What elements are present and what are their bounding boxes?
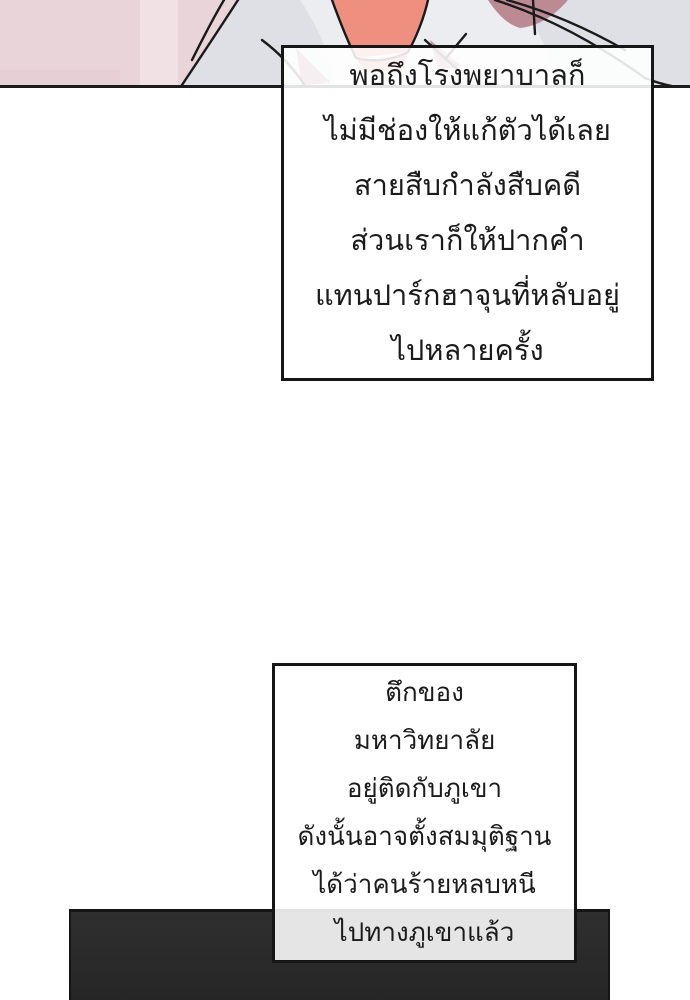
speech-line: ไม่มีช่องให้แก้ตัวได้เลย bbox=[284, 103, 651, 158]
speech-line: สายสืบกำลังสืบคดี bbox=[284, 158, 651, 213]
speech-line: อยู่ติดกับภูเขา bbox=[275, 765, 574, 813]
speech-line: ตึกของ bbox=[275, 669, 574, 717]
comic-page: พอถึงโรงพยาบาลก็ ไม่มีช่องให้แก้ตัวได้เล… bbox=[0, 0, 690, 1000]
speech-line: ส่วนเราก็ให้ปากคำ bbox=[284, 213, 651, 268]
wall-light-stripe bbox=[140, 0, 178, 88]
speech-line: ดังนั้นอาจตั้งสมมุติฐาน bbox=[275, 813, 574, 861]
speech-box-lower: ตึกของ มหาวิทยาลัย อยู่ติดกับภูเขา ดังนั… bbox=[272, 663, 577, 963]
speech-line: ได้ว่าคนร้ายหลบหนี bbox=[275, 861, 574, 909]
speech-box-upper: พอถึงโรงพยาบาลก็ ไม่มีช่องให้แก้ตัวได้เล… bbox=[281, 45, 654, 381]
speech-line: มหาวิทยาลัย bbox=[275, 717, 574, 765]
wall-shade bbox=[0, 70, 120, 88]
speech-line: ไปหลายครั้ง bbox=[284, 323, 651, 378]
speech-line: ไปทางภูเขาแล้ว bbox=[275, 909, 574, 957]
speech-line: พอถึงโรงพยาบาลก็ bbox=[284, 48, 651, 103]
speech-line: แทนปาร์กฮาจุนที่หลับอยู่ bbox=[284, 268, 651, 323]
